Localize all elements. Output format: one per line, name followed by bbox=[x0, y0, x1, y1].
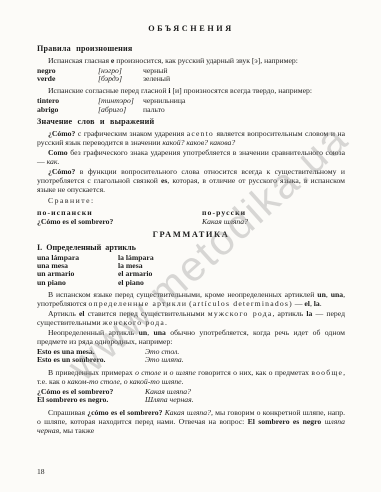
vocab-row: tintero [тинтэро] чернильница bbox=[37, 97, 345, 105]
paragraph-como-plain: Como без графического знака ударения упо… bbox=[37, 148, 345, 166]
spanish-word: abrigo bbox=[37, 106, 98, 114]
paragraph-como-accent: ¿Cómo? с графическим знаком ударения ace… bbox=[37, 129, 345, 147]
russian-translation: пальто bbox=[143, 106, 165, 114]
examples-table-2: ¿Cómo es el sombrero? Какая шляпа? El so… bbox=[37, 388, 345, 405]
paragraph-examples-explanation: В приведенных примерах о столе и о шляпе… bbox=[37, 368, 345, 386]
page-number: 18 bbox=[37, 467, 45, 476]
spanish-sentence: El sombrero es negro. bbox=[37, 396, 145, 404]
definite-form: el piano bbox=[118, 279, 144, 287]
heading-grammar: ГРАММАТИКА bbox=[37, 230, 345, 239]
book-page: www.metodika.ua ОБЪЯСНЕНИЯ Правила произ… bbox=[0, 0, 381, 492]
compare-row: ¿Cómo es el sombrero? Какая шляпа? bbox=[37, 217, 345, 226]
paragraph-vowel-e: Испанская гласная e произносится, как ру… bbox=[37, 56, 345, 65]
spanish-phrase: ¿Cómo es el sombrero? bbox=[37, 217, 202, 226]
paragraph-definite-articles: В испанском языке перед существительными… bbox=[37, 290, 345, 308]
russian-sentence: Это шляпа. bbox=[145, 356, 184, 364]
compare-table: по-испански по-русски ¿Cómo es el sombre… bbox=[37, 208, 345, 226]
transcription: [бэрдэ] bbox=[98, 75, 143, 83]
vocab-table-1: negro [нэгро] черный verde [бэрдэ] зелен… bbox=[37, 67, 345, 83]
example-row: El sombrero es negro. Шляпа черная. bbox=[37, 396, 345, 404]
heading-definite-article: I. Определенный артикль bbox=[37, 243, 345, 252]
article-row: una lámpara la lámpara bbox=[37, 254, 345, 262]
compare-header-row: по-испански по-русски bbox=[37, 208, 345, 217]
paragraph-final: Спрашивая ¿cómo es el sombrero? Какая шл… bbox=[37, 408, 345, 435]
vocab-row: abrigo [абриго] пальто bbox=[37, 106, 345, 114]
heading-word-meanings: Значение слов и выражений bbox=[37, 117, 345, 126]
vocab-row: verde [бэрдэ] зеленый bbox=[37, 75, 345, 83]
paragraph-un-una-usage: Неопределенный артикль un, una обычно уп… bbox=[37, 328, 345, 346]
article-row: un armario el armario bbox=[37, 270, 345, 278]
compare-label: Сравните: bbox=[37, 196, 345, 205]
article-row: un piano el piano bbox=[37, 279, 345, 287]
spanish-sentence: Esto es un sombrero. bbox=[37, 356, 145, 364]
vocab-table-2: tintero [тинтэро] чернильница abrigo [аб… bbox=[37, 97, 345, 113]
russian-translation: зеленый bbox=[143, 75, 170, 83]
column-header-spanish: по-испански bbox=[37, 208, 202, 217]
transcription: [абриго] bbox=[98, 106, 143, 114]
paragraph-como-es: ¿Cómo? в функции вопросительного слова о… bbox=[37, 167, 345, 194]
paragraph-el-la-gender: Артикль el ставится перед существительны… bbox=[37, 309, 345, 327]
examples-table-1: Esto es una mesa. Это стол. Esto es un s… bbox=[37, 348, 345, 365]
russian-phrase: Какая шляпа? bbox=[202, 217, 248, 226]
vocab-row: negro [нэгро] черный bbox=[37, 67, 345, 75]
example-row: Esto es un sombrero. Это шляпа. bbox=[37, 356, 345, 364]
indefinite-form: un piano bbox=[37, 279, 118, 287]
paragraph-consonants-i: Испанские согласные перед гласной i [и] … bbox=[37, 86, 345, 95]
articles-table: una lámpara la lámpara una mesa la mesa … bbox=[37, 254, 345, 287]
spanish-word: verde bbox=[37, 75, 98, 83]
article-row: una mesa la mesa bbox=[37, 262, 345, 270]
heading-pronunciation-rules: Правила произношения bbox=[37, 44, 345, 53]
page-title: ОБЪЯСНЕНИЯ bbox=[37, 24, 345, 33]
russian-sentence: Шляпа черная. bbox=[145, 396, 194, 404]
page-content: ОБЪЯСНЕНИЯ Правила произношения Испанска… bbox=[37, 24, 345, 436]
column-header-russian: по-русски bbox=[202, 208, 246, 217]
